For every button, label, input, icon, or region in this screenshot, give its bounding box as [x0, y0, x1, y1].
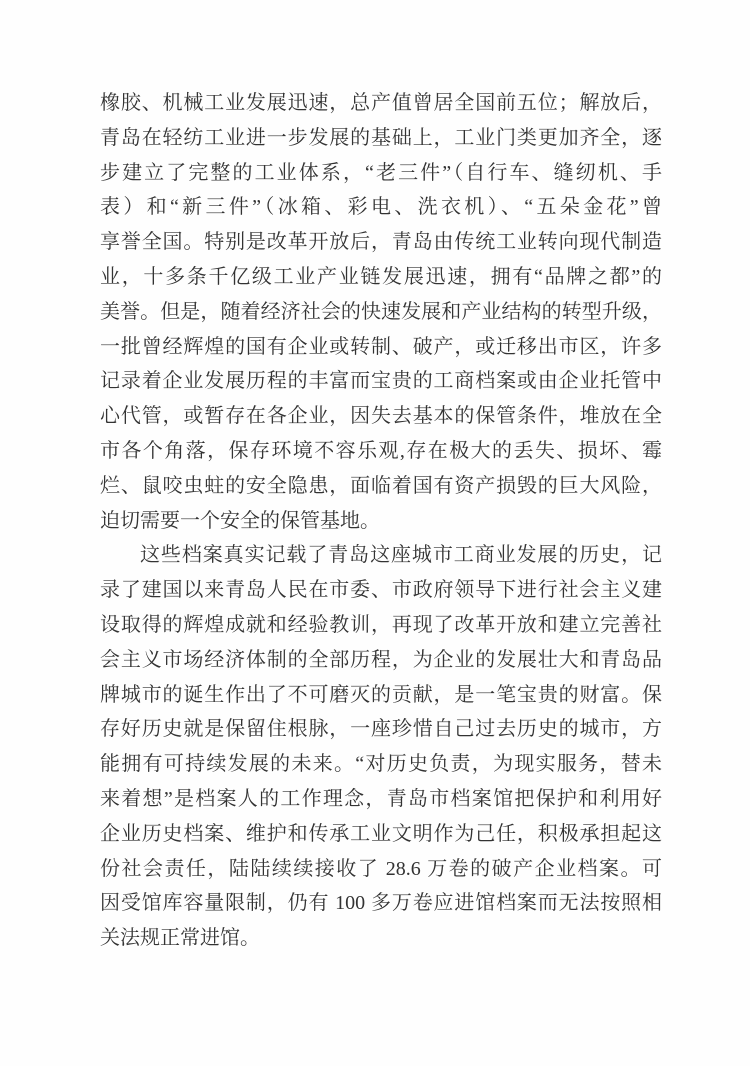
text-line: 牌城市的诞生作出了不可磨灭的贡献，是一笔宝贵的财富。保 [100, 678, 662, 713]
text-line: 青岛在轻纺工业进一步发展的基础上，工业门类更加齐全，逐 [100, 121, 662, 156]
text-line: 记录着企业发展历程的丰富而宝贵的工商档案或由企业托管中 [100, 364, 662, 399]
text-line: 因受馆库容量限制，仍有 100 多万卷应进馆档案而无法按照相 [100, 886, 662, 921]
text-line: 享誉全国。特别是改革开放后，青岛由传统工业转向现代制造 [100, 225, 662, 260]
text-line: 这些档案真实记载了青岛这座城市工商业发展的历史，记 [100, 538, 662, 573]
text-line: 关法规正常进馆。 [100, 921, 662, 956]
text-line: 美誉。但是，随着经济社会的快速发展和产业结构的转型升级， [100, 295, 662, 330]
text-line: 步建立了完整的工业体系，“老三件”（自行车、缝纫机、手 [100, 156, 662, 191]
text-line: 业，十多条千亿级工业产业链发展迅速，拥有“品牌之都”的 [100, 260, 662, 295]
text-line: 设取得的辉煌成就和经验教训，再现了改革开放和建立完善社 [100, 608, 662, 643]
text-line: 一批曾经辉煌的国有企业或转制、破产，或迁移出市区，许多 [100, 330, 662, 365]
text-line: 份社会责任，陆陆续续接收了 28.6 万卷的破产企业档案。可 [100, 852, 662, 887]
text-block: 橡胶、机械工业发展迅速，总产值曾居全国前五位；解放后，青岛在轻纺工业进一步发展的… [100, 86, 662, 956]
document-page: 橡胶、机械工业发展迅速，总产值曾居全国前五位；解放后，青岛在轻纺工业进一步发展的… [0, 0, 750, 1066]
text-line: 迫切需要一个安全的保管基地。 [100, 504, 662, 539]
text-line: 心代管，或暂存在各企业，因失去基本的保管条件，堆放在全 [100, 399, 662, 434]
text-line: 橡胶、机械工业发展迅速，总产值曾居全国前五位；解放后， [100, 86, 662, 121]
text-line: 企业历史档案、维护和传承工业文明作为己任，积极承担起这 [100, 817, 662, 852]
text-line: 录了建国以来青岛人民在市委、市政府领导下进行社会主义建 [100, 573, 662, 608]
paragraph: 这些档案真实记载了青岛这座城市工商业发展的历史，记录了建国以来青岛人民在市委、市… [100, 538, 662, 956]
text-line: 存好历史就是保留住根脉，一座珍惜自己过去历史的城市，方 [100, 712, 662, 747]
text-line: 能拥有可持续发展的未来。“对历史负责，为现实服务，替未 [100, 747, 662, 782]
text-line: 烂、鼠咬虫蛀的安全隐患，面临着国有资产损毁的巨大风险， [100, 469, 662, 504]
paragraph: 橡胶、机械工业发展迅速，总产值曾居全国前五位；解放后，青岛在轻纺工业进一步发展的… [100, 86, 662, 538]
text-line: 市各个角落，保存环境不容乐观,存在极大的丢失、损坏、霉 [100, 434, 662, 469]
text-line: 来着想”是档案人的工作理念，青岛市档案馆把保护和利用好 [100, 782, 662, 817]
text-line: 表）和“新三件”（冰箱、彩电、洗衣机）、“五朵金花”曾 [100, 190, 662, 225]
text-line: 会主义市场经济体制的全部历程，为企业的发展壮大和青岛品 [100, 643, 662, 678]
